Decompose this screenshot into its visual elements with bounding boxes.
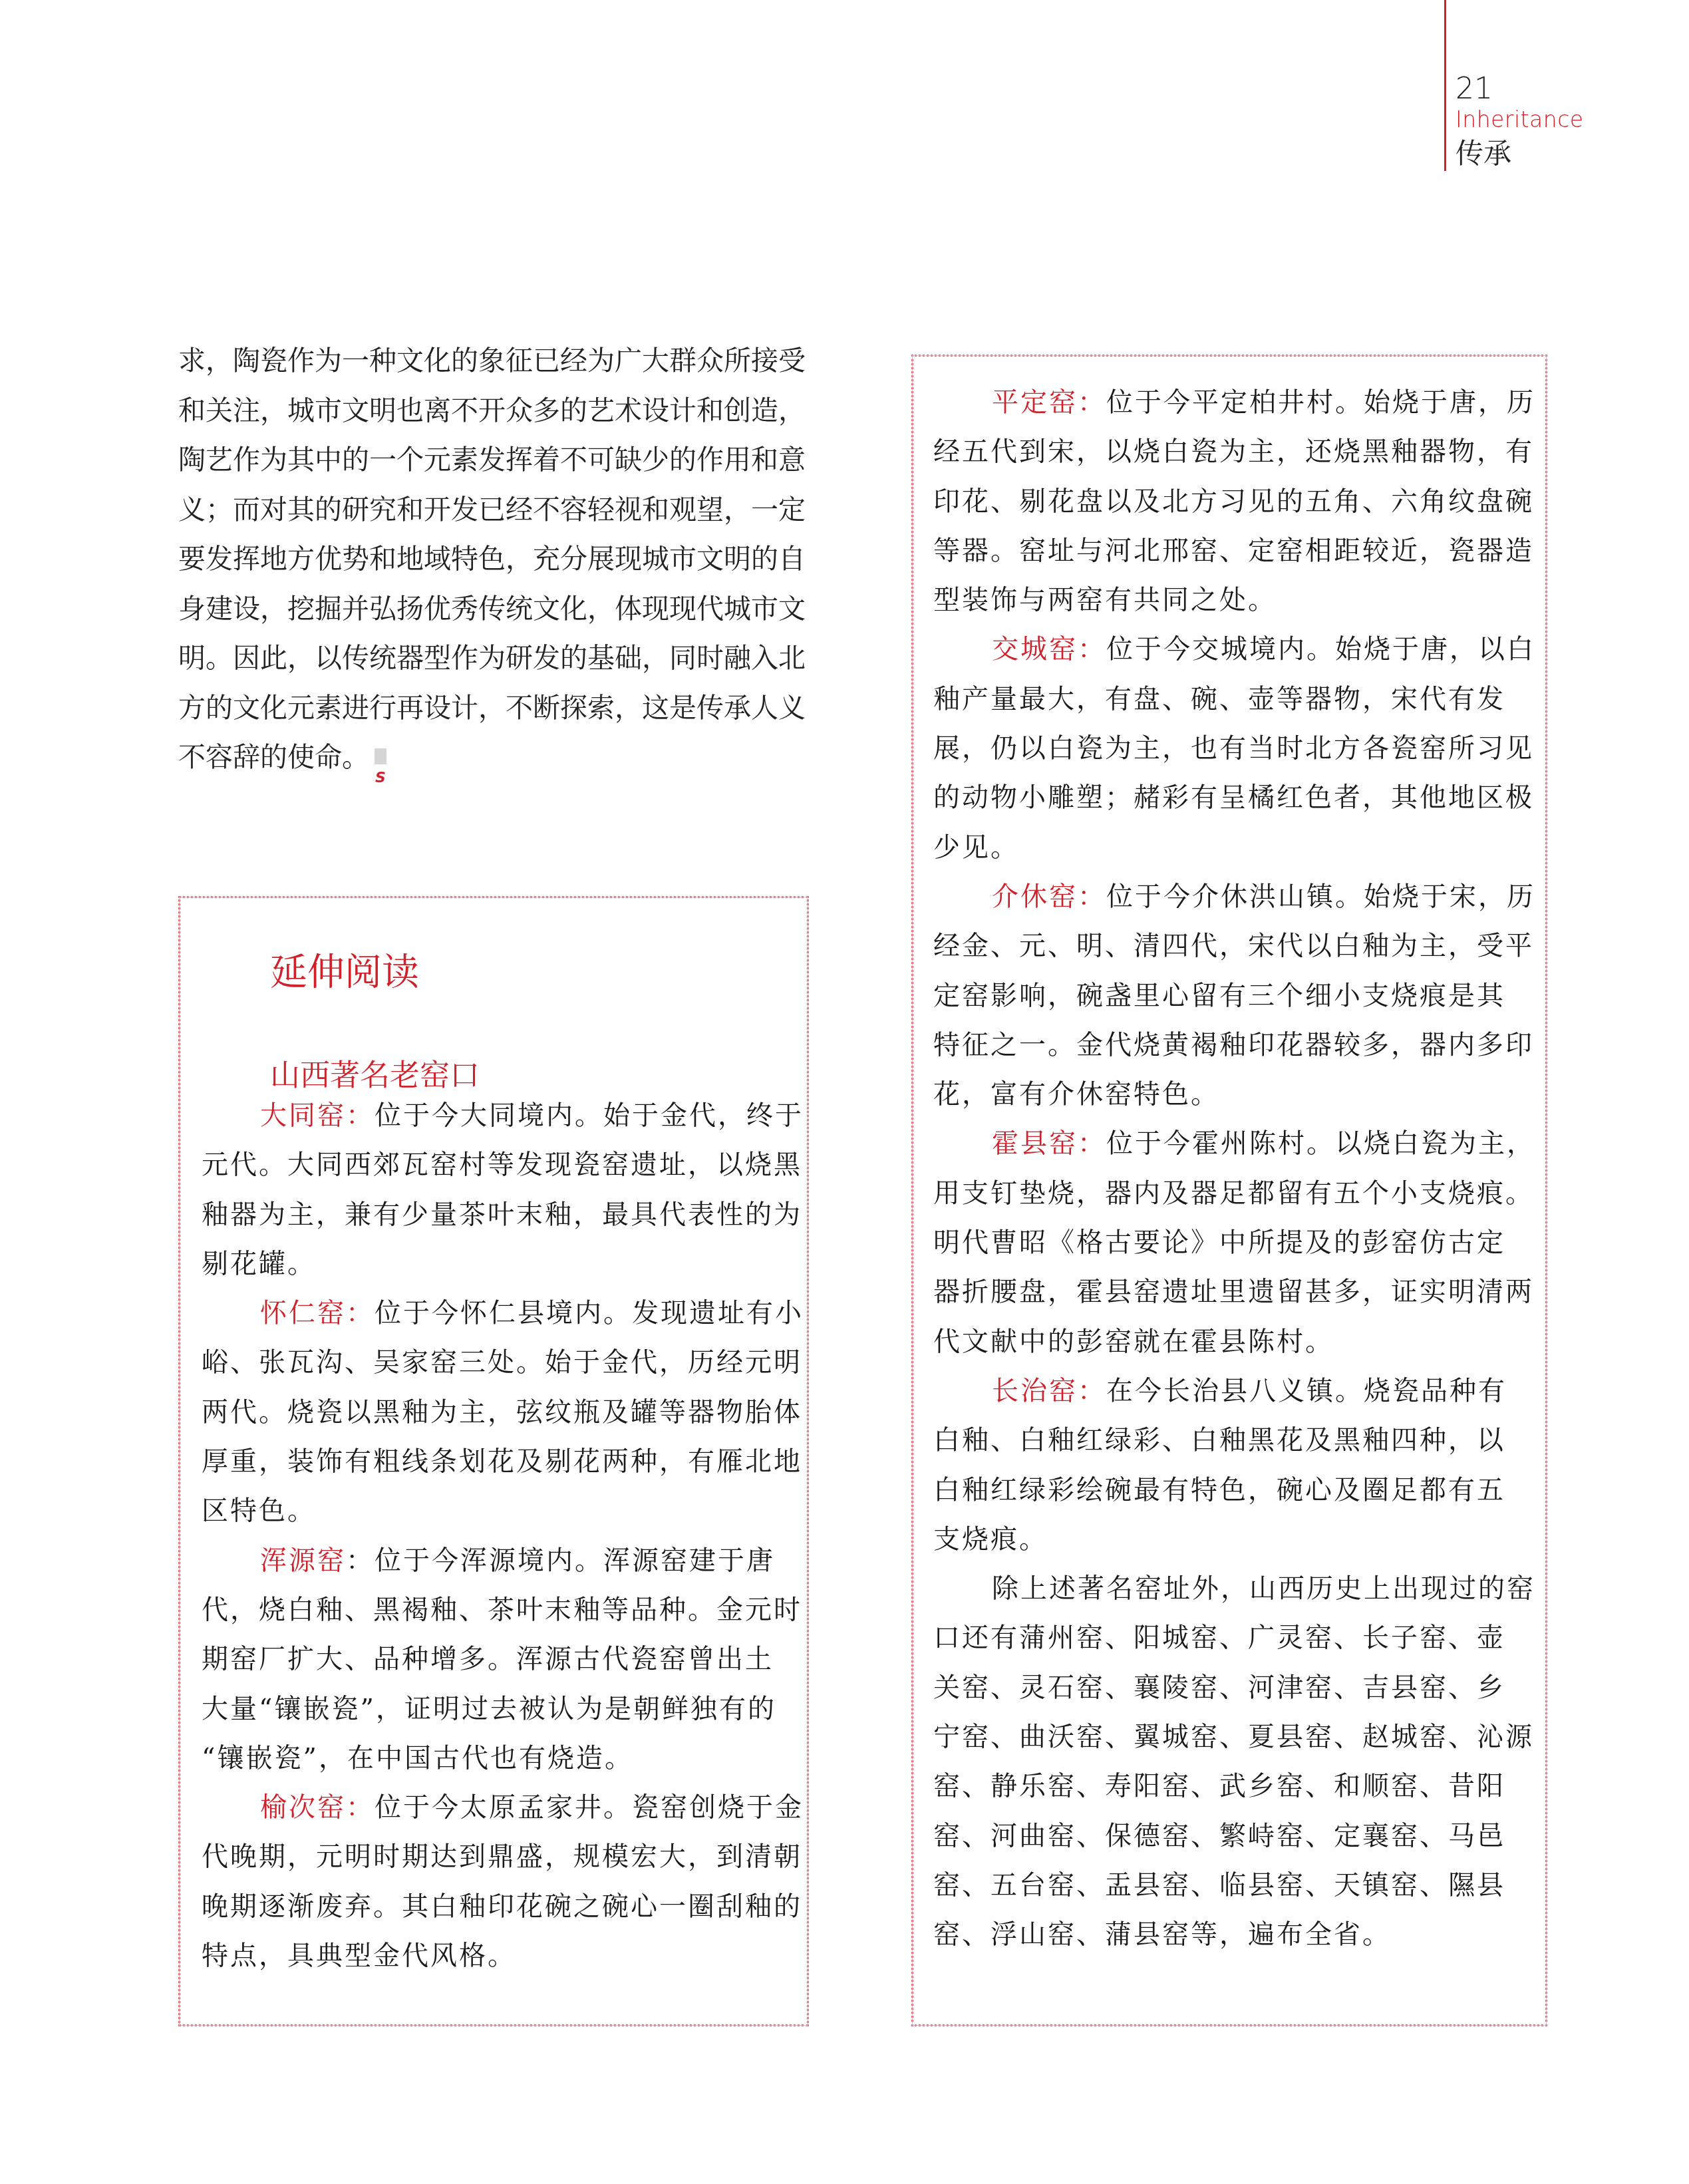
- kiln-desc-line: 窑、浮山窑、蒲县窑等，遍布全省。: [933, 1910, 1532, 1959]
- text-content: 不容辞的使命。: [178, 741, 369, 773]
- kiln-name: 榆次窑：: [260, 1792, 375, 1823]
- kiln-name: 长治窑：: [992, 1376, 1106, 1406]
- kiln-desc-line: 白釉、白釉红绿彩、白釉黑花及黑釉四种，以: [933, 1416, 1532, 1465]
- kiln-desc-line: 厚重，装饰有粗线条划花及剔花两种，有雁北地: [202, 1437, 787, 1486]
- kiln-name: 大同窑：: [260, 1100, 375, 1131]
- kiln-desc-line: “镶嵌瓷”，在中国古代也有烧造。: [202, 1734, 787, 1783]
- kiln-desc-line: 釉产量最大，有盘、碗、壶等器物，宋代有发: [933, 675, 1532, 724]
- kiln-desc-line: 等器。窑址与河北邢窑、定窑相距较近，瓷器造: [933, 526, 1532, 575]
- kiln-desc-line: 窑、五台窑、盂县窑、临县窑、天镇窑、隰县: [933, 1861, 1532, 1910]
- kiln-desc-line: 区特色。: [202, 1486, 787, 1535]
- kiln-desc-line: 釉器为主，兼有少量茶叶末釉，最具代表性的为: [202, 1190, 787, 1239]
- kiln-desc-line: 关窑、灵石窑、襄陵窑、河津窑、吉县窑、乡: [933, 1663, 1532, 1712]
- kiln-name: 霍县窑：: [992, 1128, 1106, 1159]
- kiln-desc-line: 两代。烧瓷以黑釉为主，弦纹瓶及罐等器物胎体: [202, 1388, 787, 1437]
- section-title-en: Inheritance: [1456, 108, 1584, 130]
- kiln-desc-line: 用支钉垫烧，器内及器足都留有五个小支烧痕。: [933, 1169, 1532, 1218]
- header-divider: [1444, 0, 1446, 171]
- kiln-name: 交城窑：: [992, 634, 1106, 665]
- kiln-desc-line: 代文献中的彭窑就在霍县陈村。: [933, 1317, 1532, 1366]
- kiln-desc-line: 特点，具典型金代风格。: [202, 1931, 787, 1980]
- kiln-desc-line: 的动物小雕塑；赭彩有呈橘红色者，其他地区极: [933, 773, 1532, 822]
- kiln-desc-line: 宁窑、曲沃窑、翼城窑、夏县窑、赵城窑、沁源: [933, 1712, 1532, 1762]
- kiln-entry-huairen: 怀仁窑：位于今怀仁县境内。发现遗址有小: [202, 1289, 787, 1338]
- kiln-entry-jiaocheng: 交城窑：位于今交城境内。始烧于唐，以白: [933, 625, 1532, 674]
- kiln-desc-line: 峪、张瓦沟、吴家窑三处。始于金代，历经元明: [202, 1338, 787, 1387]
- extended-reading-subtitle: 山西著名老窑口: [270, 1060, 480, 1090]
- kiln-desc: 位于今霍州陈村。以烧白瓷为主，: [1106, 1128, 1535, 1159]
- kiln-desc-line: 展，仍以白瓷为主，也有当时北方各瓷窑所习见: [933, 724, 1532, 773]
- kiln-entry-pingding: 平定窑：位于今平定柏井村。始烧于唐，历: [933, 378, 1532, 427]
- kiln-desc-line: 定窑影响，碗盏里心留有三个细小支烧痕是其: [933, 971, 1532, 1020]
- kiln-desc-line: 口还有蒲州窑、阳城窑、广灵窑、长子窑、壶: [933, 1613, 1532, 1662]
- kiln-entry-changzhi: 长治窑：在今长治县八义镇。烧瓷品种有: [933, 1366, 1532, 1416]
- text-line: 求，陶瓷作为一种文化的象征已经为广大群众所接受: [178, 336, 810, 386]
- kiln-desc-line: 印花、剔花盘以及北方习见的五角、六角纹盘碗: [933, 477, 1532, 526]
- text-line: 方的文化元素进行再设计，不断探索，这是传承人义: [178, 683, 810, 733]
- kiln-entry-huoxian: 霍县窑：位于今霍州陈村。以烧白瓷为主，: [933, 1119, 1532, 1168]
- kiln-desc-line: 白釉红绿彩绘碗最有特色，碗心及圈足都有五: [933, 1466, 1532, 1515]
- end-mark-glyph: S: [375, 770, 386, 786]
- kiln-desc-line: 元代。大同西郊瓦窑村等发现瓷窑遗址，以烧黑: [202, 1140, 787, 1189]
- kiln-desc-line: 明代曹昭《格古要论》中所提及的彭窑仿古定: [933, 1218, 1532, 1267]
- kiln-list-left: 大同窑：位于今大同境内。始于金代，终于 元代。大同西郊瓦窑村等发现瓷窑遗址，以烧…: [202, 1091, 787, 1980]
- kiln-desc: 位于今介休洪山镇。始烧于宋，历: [1106, 881, 1535, 912]
- kiln-desc: 位于今浑源境内。浑源窑建于唐: [375, 1545, 775, 1576]
- text-line: 要发挥地方优势和地域特色，充分展现城市文明的自: [178, 534, 810, 584]
- text-line: 陶艺作为其中的一个元素发挥着不可缺少的作用和意: [178, 435, 810, 485]
- end-of-article-icon: S: [375, 748, 386, 764]
- kiln-desc-line: 经五代到宋，以烧白瓷为主，还烧黑釉器物，有: [933, 427, 1532, 476]
- kiln-desc-line: 窑、河曲窑、保德窑、繁峙窑、定襄窑、马邑: [933, 1811, 1532, 1861]
- kiln-entry-yuci: 榆次窑：位于今太原孟家井。瓷窑创烧于金: [202, 1783, 787, 1832]
- kiln-desc: 位于今太原孟家井。瓷窑创烧于金: [375, 1792, 804, 1823]
- kiln-name-colon: ：: [346, 1545, 375, 1576]
- kiln-desc-line: 期窑厂扩大、品种增多。浑源古代瓷窑曾出土: [202, 1635, 787, 1684]
- section-title-cn: 传承: [1456, 140, 1511, 168]
- kiln-desc-line: 晚期逐渐废弃。其白釉印花碗之碗心一圈刮釉的: [202, 1882, 787, 1931]
- other-kilns-paragraph: 除上述著名窑址外，山西历史上出现过的窑: [933, 1564, 1532, 1613]
- kiln-desc-line: 代，烧白釉、黑褐釉、茶叶末釉等品种。金元时: [202, 1585, 787, 1635]
- kiln-entry-hunyuan: 浑源窑：位于今浑源境内。浑源窑建于唐: [202, 1536, 787, 1585]
- extended-reading-box-right: 平定窑：位于今平定柏井村。始烧于唐，历 经五代到宋，以烧白瓷为主，还烧黑釉器物，…: [911, 355, 1547, 2026]
- kiln-desc-line: 经金、元、明、清四代，宋代以白釉为主，受平: [933, 921, 1532, 971]
- kiln-entry-datong: 大同窑：位于今大同境内。始于金代，终于: [202, 1091, 787, 1140]
- text-line: 义；而对其的研究和开发已经不容轻视和观望，一定: [178, 485, 810, 535]
- kiln-desc-line: 器折腰盘，霍县窑遗址里遗留甚多，证实明清两: [933, 1267, 1532, 1317]
- kiln-desc-line: 窑、静乐窑、寿阳窑、武乡窑、和顺窑、昔阳: [933, 1762, 1532, 1811]
- kiln-desc-line: 支烧痕。: [933, 1515, 1532, 1564]
- text-line: 和关注，城市文明也离不开众多的艺术设计和创造，: [178, 386, 810, 436]
- kiln-desc-line: 剔花罐。: [202, 1239, 787, 1289]
- kiln-name: 平定窑：: [992, 387, 1106, 418]
- kiln-desc-line: 代晚期，元明时期达到鼎盛，规模宏大，到清朝: [202, 1832, 787, 1881]
- text-line-last: 不容辞的使命。S: [178, 732, 810, 782]
- page-number: 21: [1456, 75, 1493, 104]
- kiln-name: 介休窑：: [992, 881, 1106, 912]
- kiln-desc: 位于今大同境内。始于金代，终于: [375, 1100, 804, 1131]
- extended-reading-box-left: 延伸阅读 山西著名老窑口 大同窑：位于今大同境内。始于金代，终于 元代。大同西郊…: [178, 896, 809, 2026]
- kiln-name: 怀仁窑：: [260, 1298, 375, 1328]
- kiln-name: 浑源窑: [260, 1545, 346, 1576]
- extended-reading-title: 延伸阅读: [270, 954, 419, 991]
- kiln-desc: 位于今交城境内。始烧于唐，以白: [1106, 634, 1535, 665]
- text-line: 身建设，挖掘并弘扬优秀传统文化，体现现代城市文: [178, 584, 810, 634]
- kiln-list-right: 平定窑：位于今平定柏井村。始烧于唐，历 经五代到宋，以烧白瓷为主，还烧黑釉器物，…: [933, 378, 1532, 1960]
- kiln-desc: 位于今怀仁县境内。发现遗址有小: [375, 1298, 804, 1328]
- text-line: 明。因此，以传统器型作为研发的基础，同时融入北: [178, 633, 810, 683]
- kiln-desc: 位于今平定柏井村。始烧于唐，历: [1106, 387, 1535, 418]
- kiln-desc-line: 型装饰与两窑有共同之处。: [933, 575, 1532, 625]
- kiln-desc-line: 大量“镶嵌瓷”，证明过去被认为是朝鲜独有的: [202, 1684, 787, 1734]
- kiln-desc-line: 花，富有介休窑特色。: [933, 1070, 1532, 1119]
- main-article-text: 求，陶瓷作为一种文化的象征已经为广大群众所接受 和关注，城市文明也离不开众多的艺…: [178, 336, 810, 782]
- kiln-desc-line: 少见。: [933, 823, 1532, 872]
- kiln-entry-jiexiu: 介休窑：位于今介休洪山镇。始烧于宋，历: [933, 872, 1532, 921]
- kiln-desc-line: 特征之一。金代烧黄褐釉印花器较多，器内多印: [933, 1020, 1532, 1070]
- kiln-desc: 在今长治县八义镇。烧瓷品种有: [1106, 1376, 1507, 1406]
